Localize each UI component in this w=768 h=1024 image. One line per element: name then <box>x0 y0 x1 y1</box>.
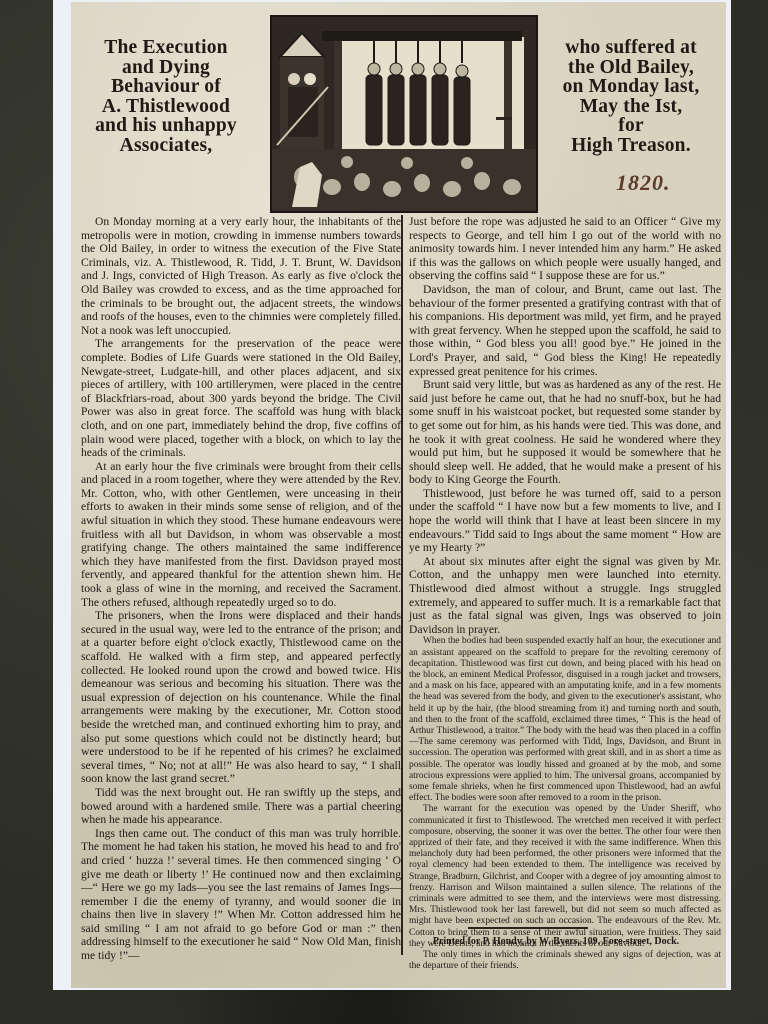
printer-imprint: Printed for P. Hondy, by W. Byers, 109, … <box>426 936 686 947</box>
paragraph: Just before the rope was adjusted he sai… <box>409 215 721 283</box>
headline-right: who suffered at the Old Bailey, on Monda… <box>531 38 731 155</box>
headline-line: and his unhappy <box>66 116 266 136</box>
imprint-rule <box>468 927 588 929</box>
headline-line: for <box>531 116 731 136</box>
headline-line: Behaviour of <box>66 77 266 97</box>
headline-line: High Treason. <box>531 136 731 156</box>
left-column: On Monday morning at a very early hour, … <box>81 215 401 963</box>
paragraph: Tidd was the next brought out. He ran sw… <box>81 786 401 827</box>
woodcut-illustration <box>270 15 538 213</box>
broadside-sheet: The Execution and Dying Behaviour of A. … <box>71 2 726 988</box>
right-column: Just before the rope was adjusted he sai… <box>409 215 721 973</box>
paragraph: Davidson, the man of colour, and Brunt, … <box>409 283 721 378</box>
paragraph: The arrangements for the preservation of… <box>81 337 401 459</box>
small-paragraph: When the bodies had been suspended exact… <box>409 636 721 804</box>
headline-line: The Execution <box>66 38 266 58</box>
paragraph: The prisoners, when the Irons were displ… <box>81 609 401 786</box>
headline-line: Associates, <box>66 136 266 156</box>
paragraph: Thistlewood, just before he was turned o… <box>409 487 721 555</box>
gallows-scene-icon <box>272 17 536 211</box>
paragraph: Brunt said very little, but was as harde… <box>409 378 721 487</box>
headline-line: and Dying <box>66 58 266 78</box>
paragraph: At an early hour the five criminals were… <box>81 460 401 610</box>
headline-line: A. Thistlewood <box>66 97 266 117</box>
paragraph: Ings then came out. The conduct of this … <box>81 827 401 963</box>
paragraph: On Monday morning at a very early hour, … <box>81 215 401 337</box>
headline-line: the Old Bailey, <box>531 58 731 78</box>
headline-line: who suffered at <box>531 38 731 58</box>
column-divider <box>401 215 403 955</box>
headline-line: on Monday last, <box>531 77 731 97</box>
handwritten-year: 1820. <box>616 170 671 196</box>
paragraph: At about six minutes after eight the sig… <box>409 555 721 637</box>
headline-left: The Execution and Dying Behaviour of A. … <box>66 38 266 155</box>
small-paragraph: The only times in which the criminals sh… <box>409 950 721 972</box>
headline-line: May the Ist, <box>531 97 731 117</box>
